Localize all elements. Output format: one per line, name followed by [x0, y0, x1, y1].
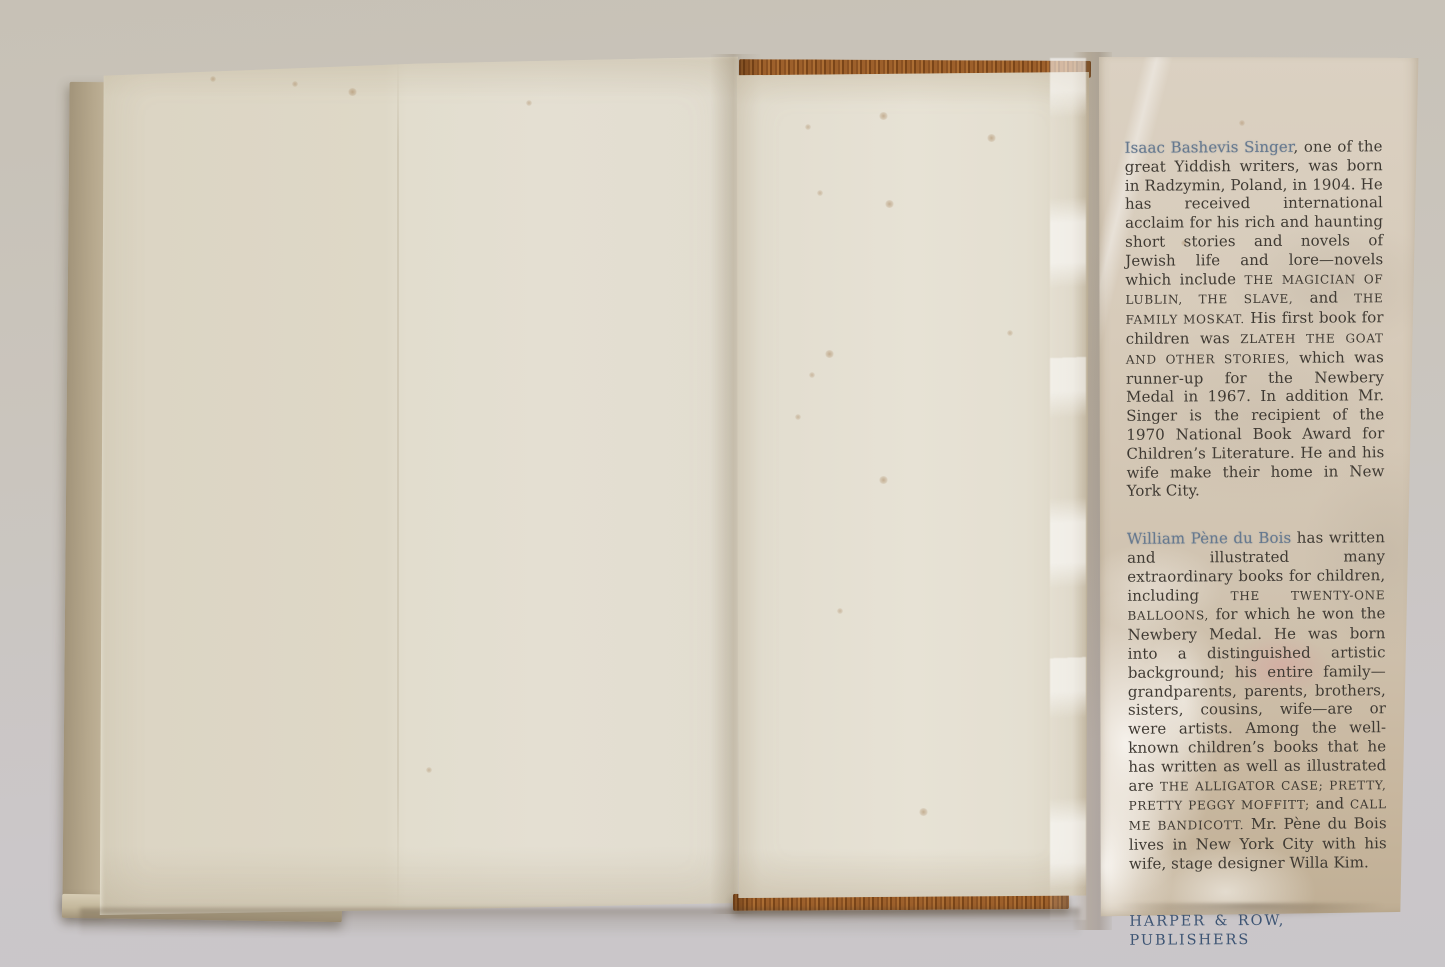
foxing-spot: [526, 100, 532, 106]
foxing-spot: [1239, 120, 1245, 126]
author-name-text: William Pène du Bois: [1127, 529, 1291, 548]
flap-body-text: and: [1293, 289, 1354, 307]
foxing-spot: [885, 200, 894, 208]
foxing-spot: [809, 372, 815, 378]
flap-text-column: Isaac Bashevis Singer, one of the great …: [1125, 137, 1388, 951]
flap-body-text: which was runner-up for the Newbery Meda…: [1126, 348, 1385, 500]
flap-bottom-shadow: [1098, 903, 1404, 929]
foxing-spot: [919, 808, 928, 816]
left-blank-page: [96, 55, 738, 915]
foxing-spot: [987, 134, 996, 142]
book-photo: Isaac Bashevis Singer, one of the great …: [0, 0, 1445, 967]
foxing-spot: [292, 81, 298, 87]
foxing-spot: [210, 76, 216, 82]
flap-paragraph: William Pène du Bois has written and ill…: [1127, 528, 1387, 873]
foxing-spot: [795, 414, 801, 420]
flap-body-text: for which he won the Newbery Medal. He w…: [1127, 605, 1386, 795]
foxing-spot: [879, 112, 888, 120]
foxing-spot: [825, 350, 834, 358]
right-blank-page: [737, 72, 1089, 898]
foxing-spot: [805, 124, 811, 130]
flap-body-text: and: [1310, 795, 1350, 813]
author-name-text: Isaac Bashevis Singer: [1125, 138, 1294, 157]
foxing-spot: [348, 88, 357, 96]
flap-body-text: , one of the great Yiddish writers, was …: [1125, 137, 1384, 288]
left-page-crease: [397, 60, 399, 910]
foxing-spot: [879, 476, 888, 484]
flap-paragraph: Isaac Bashevis Singer, one of the great …: [1125, 137, 1385, 501]
foxing-spot: [837, 608, 843, 614]
foxing-spot: [817, 190, 823, 196]
foxing-spot: [1007, 330, 1013, 336]
mylar-cover-fold-highlight: [1050, 58, 1086, 920]
foxing-spot: [426, 767, 432, 773]
book-bottom-shadow: [80, 908, 1080, 936]
flap-paragraphs: Isaac Bashevis Singer, one of the great …: [1125, 137, 1387, 873]
